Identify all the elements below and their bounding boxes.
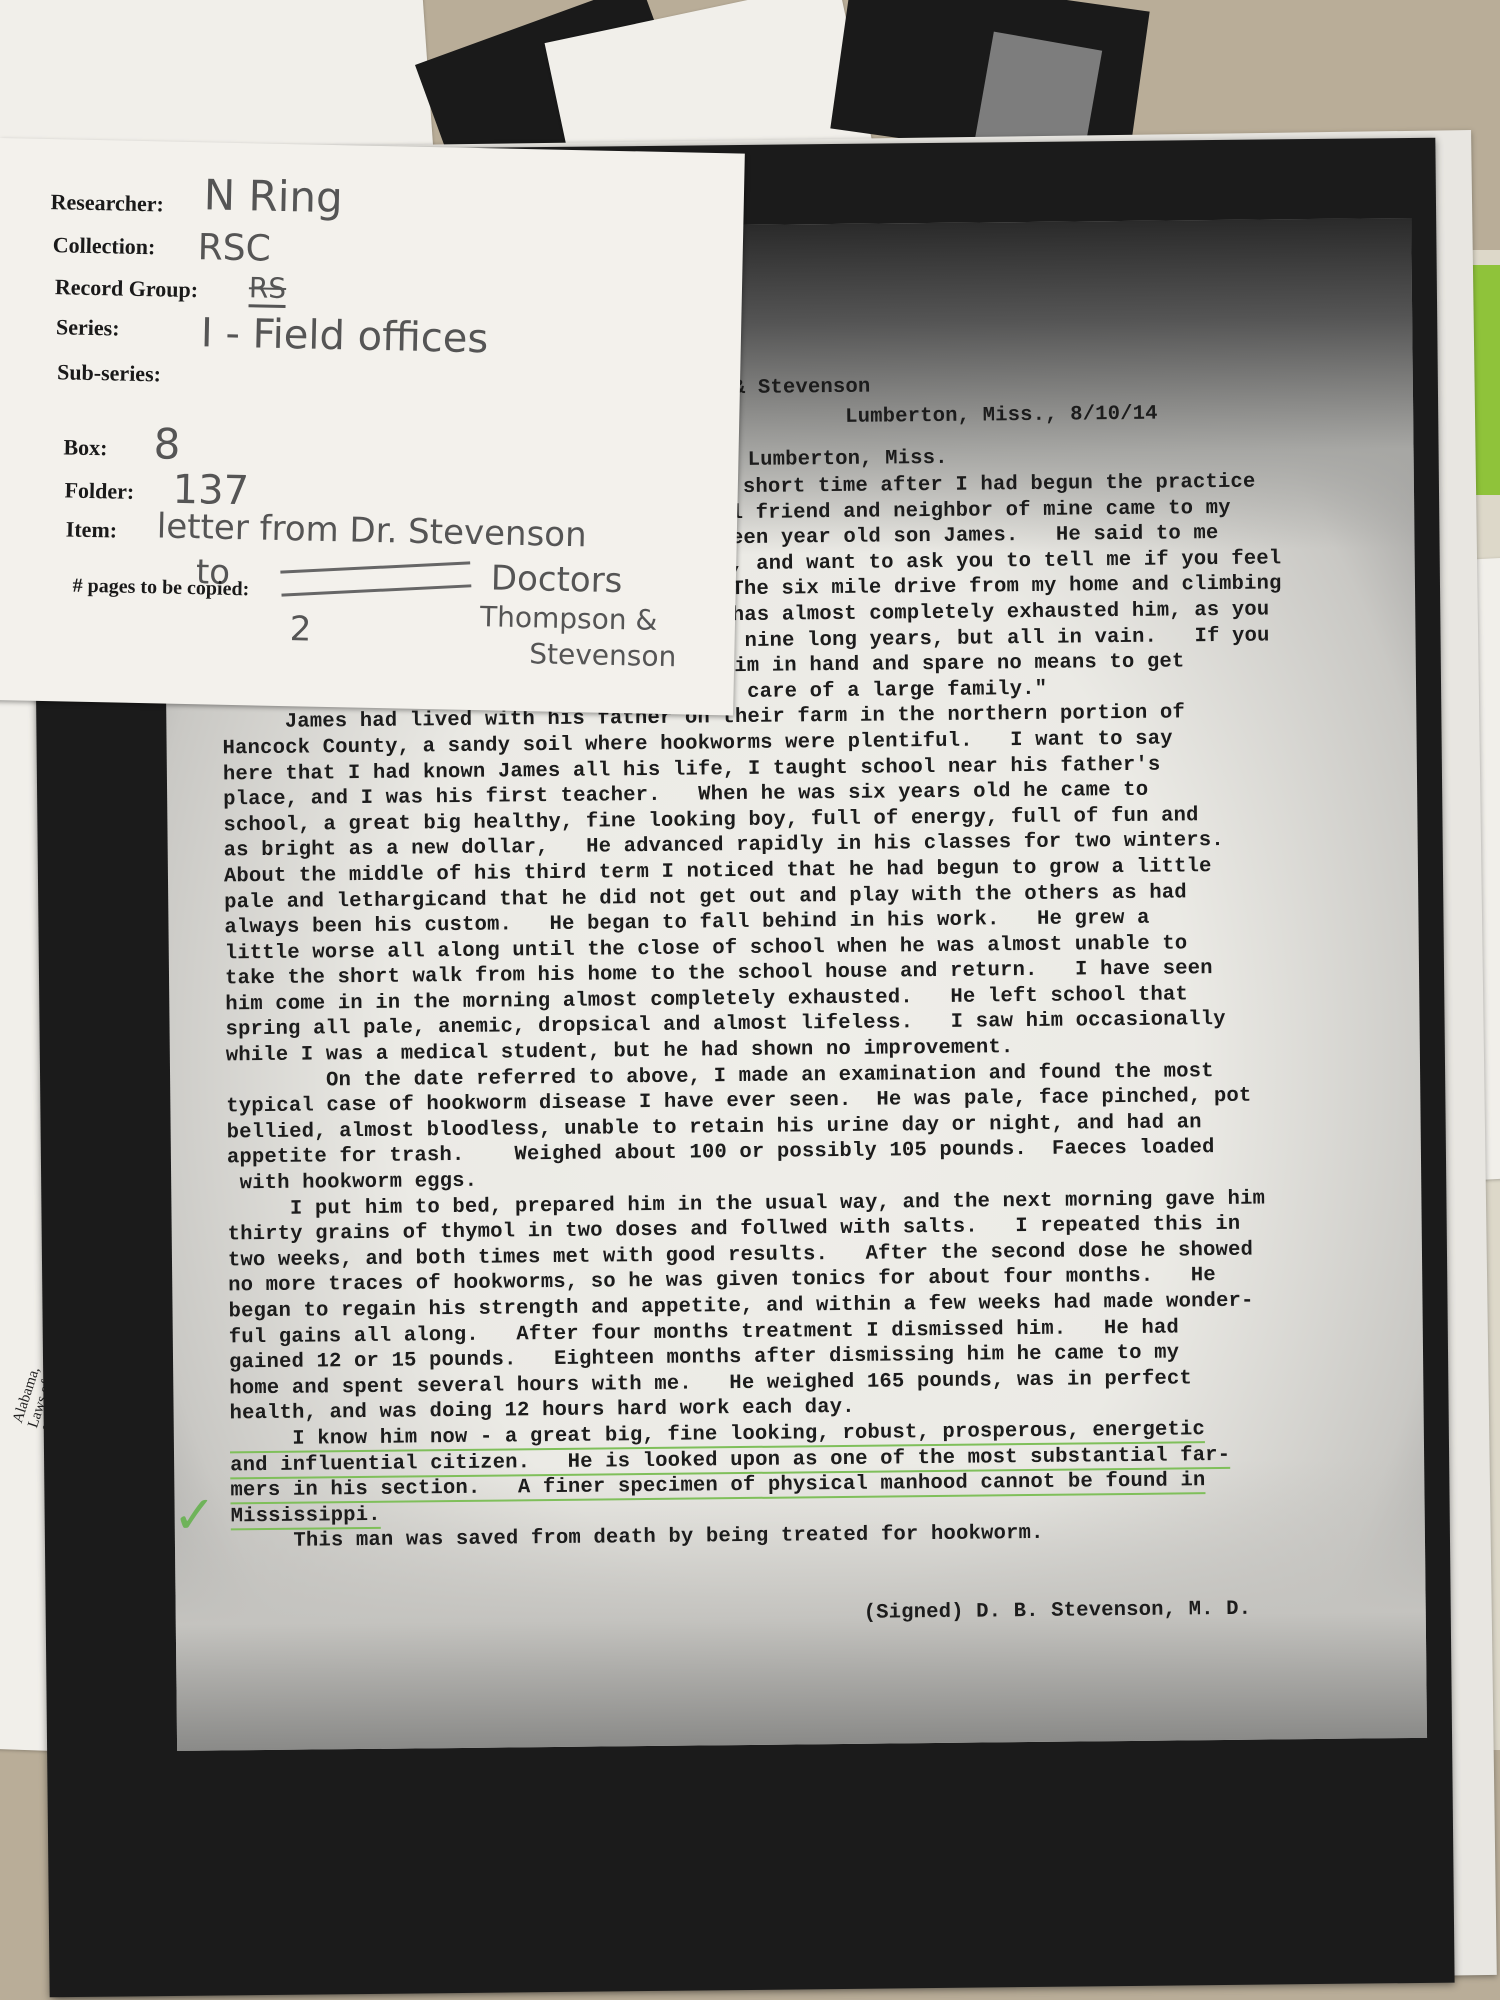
item-value-line-4: Thompson & [480,600,658,637]
letter-line-text: al friend and neighbor of mine came to m… [718,496,1231,524]
letter-line-text: teen year old son James. He said to me [718,522,1218,550]
sub-series-label: Sub-series: [57,359,161,387]
item-value-line-5: Stevenson [529,637,677,673]
collection-value: RSC [197,227,271,270]
pages-to-copy-label: # pages to be copied: [72,575,249,602]
letter-line-text: r nine long years, but all in vain. If y… [719,624,1269,653]
highlighted-passage: Mississippi. [231,1504,381,1531]
letter-line-text: with hookworm eggs. [227,1170,477,1196]
letter-line-text: has almost completely exhausted him, as … [719,598,1269,627]
letter-signature: (Signed) D. B. Stevenson, M. D. [864,1598,1252,1625]
checkmark-icon: ✓ [172,1486,216,1546]
record-group-value: RS [249,271,287,308]
letter-header-line: & Stevenson [733,374,947,402]
item-struck-scribble [280,561,471,596]
box-label: Box: [63,434,108,461]
letter-header-line: Lumberton, Miss. [734,445,948,473]
record-group-label: Record Group: [55,274,199,303]
pages-to-copy-value: 2 [289,609,311,649]
researcher-value: N Ring [203,170,343,222]
item-value-line-1: letter from Dr. Stevenson [156,506,587,555]
item-value-line-3: Doctors [490,558,622,601]
archival-pull-slip: Researcher: N Ring Collection: RSC Recor… [0,138,745,715]
researcher-label: Researcher: [50,189,164,217]
item-label: Item: [66,516,118,543]
series-label: Series: [56,314,120,341]
folder-label: Folder: [64,477,134,504]
letter-dateline: Lumberton, Miss., 8/10/14 [845,403,1158,429]
collection-label: Collection: [52,232,155,260]
series-value: I - Field offices [200,310,488,362]
letter-line-text: a short time after I had begun the pract… [718,471,1256,500]
box-value: 8 [153,419,181,469]
